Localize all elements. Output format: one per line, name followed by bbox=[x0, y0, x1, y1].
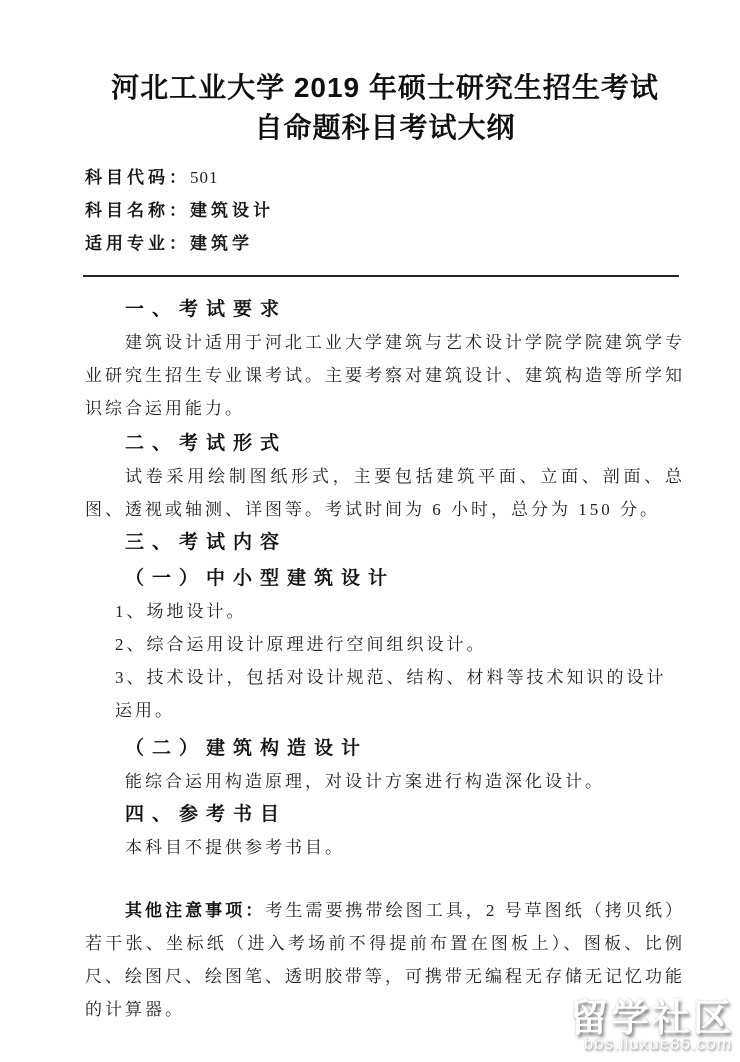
watermark-site-url: bbs.liuxue86.com bbox=[570, 1035, 734, 1052]
subject-code-row: 科目代码：501 bbox=[85, 161, 685, 194]
section-2-heading: 二、考试形式 bbox=[85, 427, 685, 460]
watermark: 留学社区 bbs.liuxue86.com bbox=[570, 1000, 734, 1052]
subject-name-value: 建筑设计 bbox=[190, 201, 274, 220]
exam-content-item-2: 2、综合运用设计原理进行空间组织设计。 bbox=[85, 628, 685, 661]
exam-content-item-1: 1、场地设计。 bbox=[85, 595, 685, 628]
section-1-body: 建筑设计适用于河北工业大学建筑与艺术设计学院学院建筑学专业研究生招生专业课考试。… bbox=[85, 326, 685, 425]
section-3-sub-2-heading: （二）建筑构造设计 bbox=[85, 732, 685, 765]
doc-title-line2: 自命题科目考试大纲 bbox=[85, 108, 685, 148]
section-1-heading: 一、考试要求 bbox=[85, 293, 685, 326]
section-4-body: 本科目不提供参考书目。 bbox=[85, 831, 685, 864]
header-divider bbox=[83, 275, 679, 277]
subject-name-row: 科目名称：建筑设计 bbox=[85, 194, 685, 227]
exam-content-item-3: 3、技术设计，包括对设计规范、结构、材料等技术知识的设计运用。 bbox=[85, 661, 685, 727]
doc-title-line1: 河北工业大学 2019 年硕士研究生招生考试 bbox=[85, 68, 685, 108]
subject-name-label: 科目名称： bbox=[85, 201, 190, 220]
document-page: 河北工业大学 2019 年硕士研究生招生考试 自命题科目考试大纲 科目代码：50… bbox=[0, 0, 740, 1062]
watermark-site-name: 留学社区 bbox=[570, 1000, 734, 1038]
doc-title: 河北工业大学 2019 年硕士研究生招生考试 自命题科目考试大纲 bbox=[85, 68, 685, 148]
subject-meta: 科目代码：501 科目名称：建筑设计 适用专业：建筑学 bbox=[85, 161, 685, 260]
section-3-heading: 三、考试内容 bbox=[85, 526, 685, 559]
applicable-major-label: 适用专业： bbox=[85, 234, 190, 253]
subject-code-value: 501 bbox=[190, 168, 219, 187]
section-3-sub-2-body: 能综合运用构造原理，对设计方案进行构造深化设计。 bbox=[85, 765, 685, 798]
subject-code-label: 科目代码： bbox=[85, 168, 190, 187]
section-3-sub-1-heading: （一）中小型建筑设计 bbox=[85, 562, 685, 595]
applicable-major-row: 适用专业：建筑学 bbox=[85, 227, 685, 260]
section-2-body: 试卷采用绘制图纸形式，主要包括建筑平面、立面、剖面、总图、透视或轴测、详图等。考… bbox=[85, 460, 685, 526]
document-body: 河北工业大学 2019 年硕士研究生招生考试 自命题科目考试大纲 科目代码：50… bbox=[0, 0, 740, 1026]
other-notes-label: 其他注意事项： bbox=[125, 901, 265, 920]
section-4-heading: 四、参考书目 bbox=[85, 798, 685, 831]
applicable-major-value: 建筑学 bbox=[190, 234, 253, 253]
